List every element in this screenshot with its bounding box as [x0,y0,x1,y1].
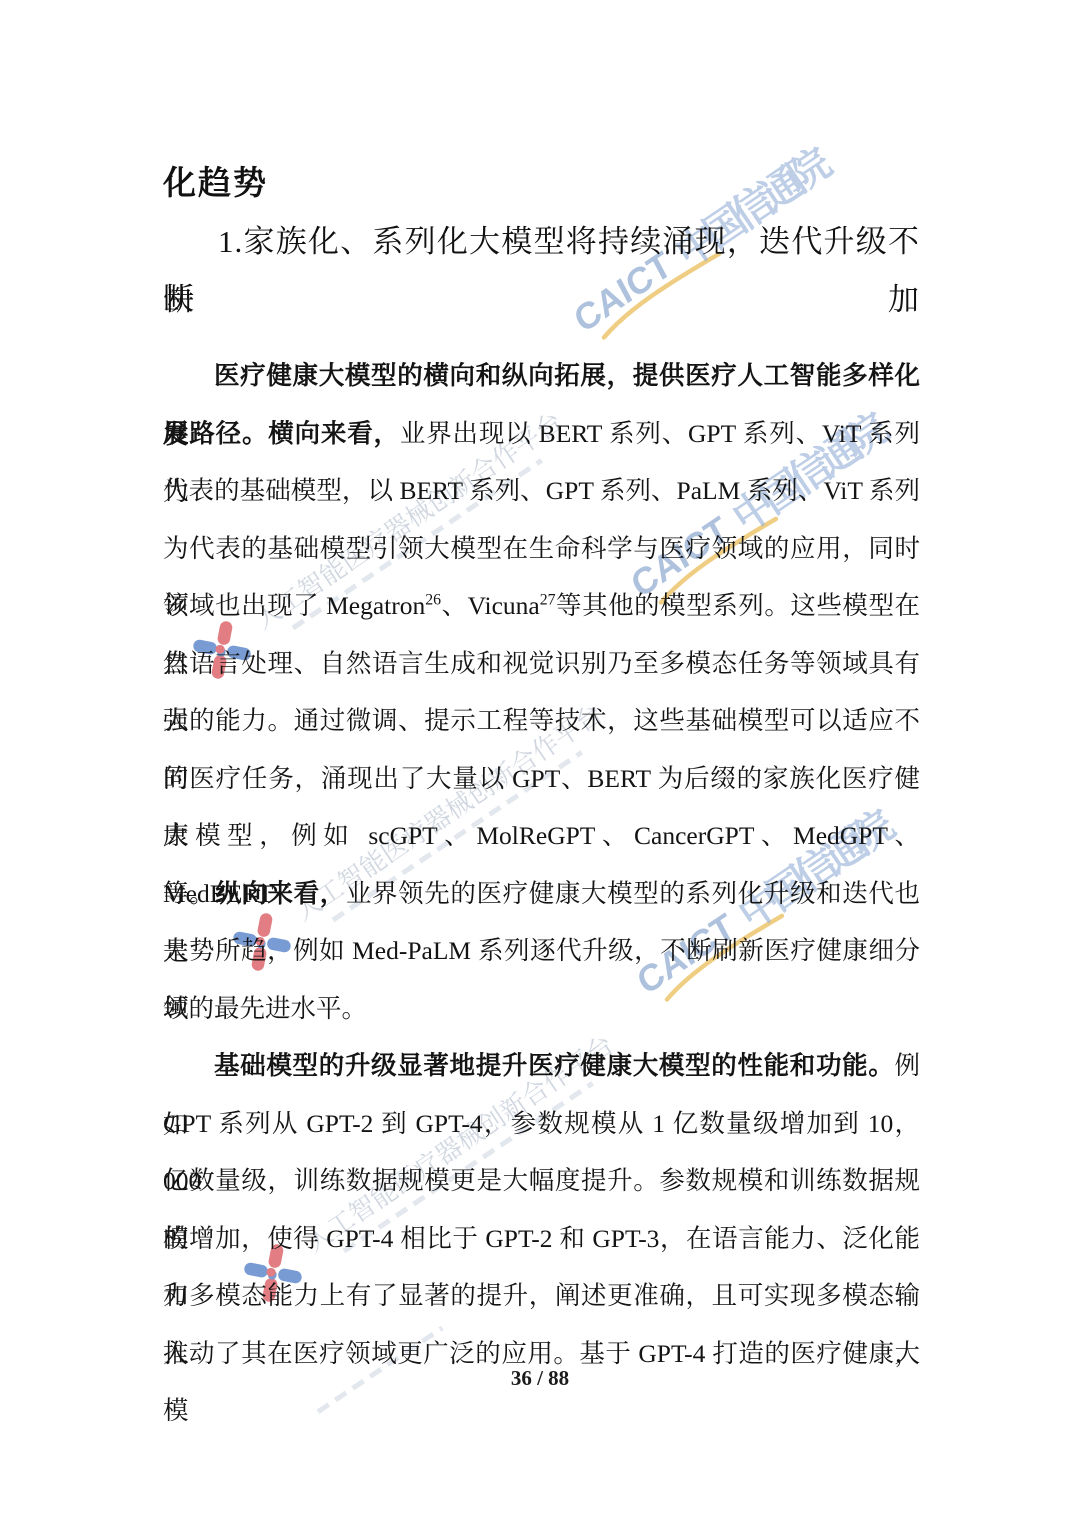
text-line: GPT 系列从 GPT-2 到 GPT-4，参数规模从 1 亿数量级增加到 10… [163,1095,920,1153]
text-line: 等。纵向来看，业界领先的医疗健康大模型的系列化升级和迭代也是 [163,865,920,923]
page-number: 36 / 88 [0,1366,1080,1391]
text-line: 和多模态能力上有了显著的提升，阐述更准确，且可实现多模态输入， [163,1267,920,1325]
text-line: 大势所趋，例如 Med-PaLM 系列逐代升级，不断刷新医疗健康细分领 [163,922,920,980]
text-line: 然语言处理、自然语言生成和视觉识别乃至多模态任务等领域具有强 [163,635,920,693]
document-page: CAICT 中国信通院 CAICT 中国信通院 CAICT 中国信通院 [0,0,1080,1528]
text-run: 、Vicuna [441,591,540,620]
text-line: 亿数量级，训练数据规模更是大幅度提升。参数规模和训练数据规模 [163,1152,920,1210]
text-line: 代表的基础模型，以 BERT 系列、GPT 系列、PaLM 系列、ViT 系列 [163,462,920,520]
text-run: 域的最先进水平。 [163,994,367,1023]
text-line: 的增加，使得 GPT-4 相比于 GPT-2 和 GPT-3，在语言能力、泛化能… [163,1210,920,1268]
text-line: 领域也出现了 Megatron26、Vicuna27等其他的模型系列。这些模型在… [163,577,920,635]
text-line: 的医疗任务，涌现出了大量以 GPT、BERT 为后缀的家族化医疗健康 [163,750,920,808]
text-run: 领域也出现了 Megatron [163,591,425,620]
text-line: 域的最先进水平。 [163,980,920,1038]
text-run: 等。 [163,879,215,908]
text-line: 为代表的基础模型引领大模型在生命科学与医疗领域的应用，同时该 [163,520,920,578]
body-text: 医疗健康大模型的横向和纵向拓展，提供医疗人工智能多样化发展路径。横向来看，业界出… [163,347,920,1382]
heading-line: 1.家族化、系列化大模型将持续涌现，迭代升级不断加 [163,213,920,271]
text-line: 大模型，例如 scGPT、MolReGPT、CancerGPT、MedGPT、M… [163,807,920,865]
text-run: 展路径。横向来看， [163,420,400,448]
text-run: 代表的基础模型，以 BERT 系列、GPT 系列、PaLM 系列、ViT 系列 [163,476,920,505]
subsection-heading: 1.家族化、系列化大模型将持续涌现，迭代升级不断加快 [163,213,920,329]
text-run: 纵向来看， [215,880,346,908]
text-line: 基础模型的升级显著地提升医疗健康大模型的性能和功能。例如 [163,1037,920,1095]
footnote-ref: 27 [540,592,556,609]
text-line: 展路径。横向来看，业界出现以 BERT 系列、GPT 系列、ViT 系列为 [163,405,920,463]
text-line: 医疗健康大模型的横向和纵向拓展，提供医疗人工智能多样化发 [163,347,920,405]
section-title-fragment: 化趋势 [163,155,920,213]
footnote-ref: 26 [425,592,441,609]
document-content: 化趋势 1.家族化、系列化大模型将持续涌现，迭代升级不断加快 医疗健康大模型的横… [163,155,920,1382]
text-line: 大的能力。通过微调、提示工程等技术，这些基础模型可以适应不同 [163,692,920,750]
text-run: 基础模型的升级显著地提升医疗健康大模型的性能和功能。 [214,1052,894,1080]
